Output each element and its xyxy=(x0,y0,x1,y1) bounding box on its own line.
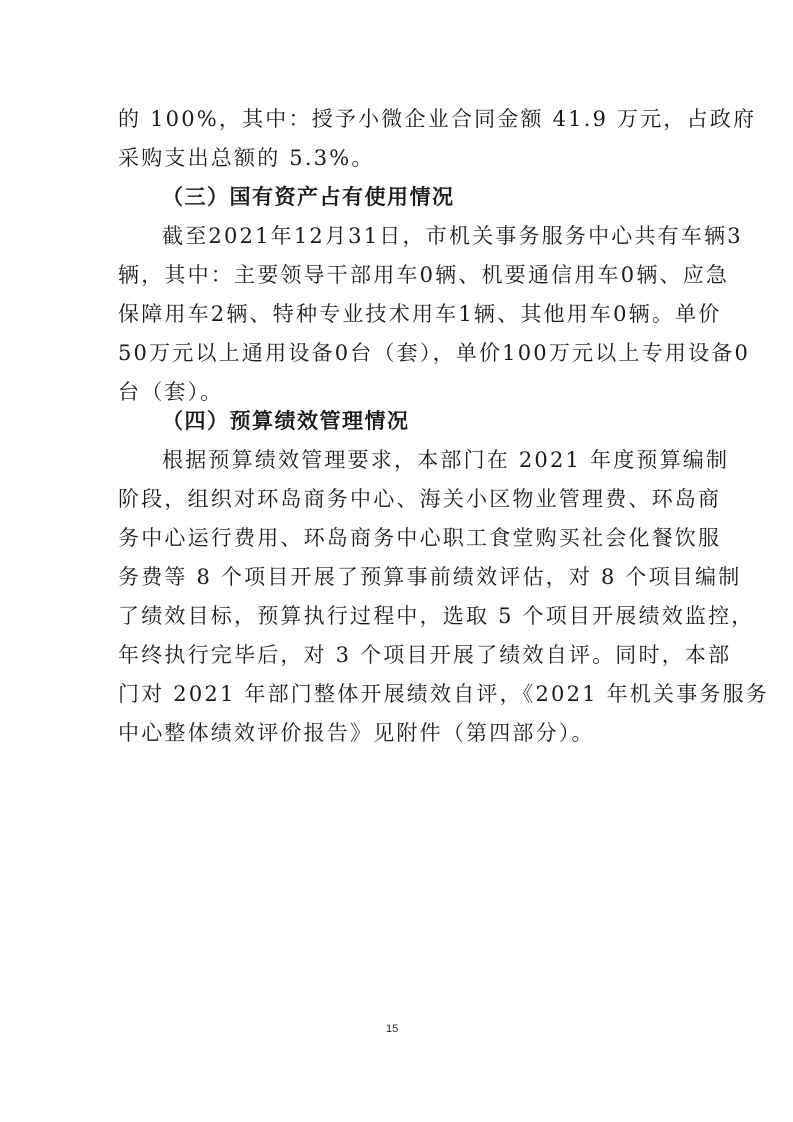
paragraph-line: 台（套）。 xyxy=(118,377,678,407)
paragraph-line: 务中心运行费用、环岛商务中心职工食堂购买社会化餐饮服 xyxy=(118,523,678,553)
paragraph-line: 中心整体绩效评价报告》见附件（第四部分）。 xyxy=(118,718,678,748)
paragraph-line: 阶段，组织对环岛商务中心、海关小区物业管理费、环岛商 xyxy=(118,484,678,514)
paragraph-line: 50万元以上通用设备0台（套），单价100万元以上专用设备0 xyxy=(118,338,678,368)
paragraph-line: 年终执行完毕后，对 3 个项目开展了绩效自评。同时，本部 xyxy=(118,640,678,670)
paragraph-line: 务费等 8 个项目开展了预算事前绩效评估，对 8 个项目编制 xyxy=(118,562,678,592)
paragraph-line: 采购支出总额的 5.3%。 xyxy=(118,143,678,173)
paragraph-line: 了绩效目标，预算执行过程中，选取 5 个项目开展绩效监控， xyxy=(118,601,678,631)
section-heading-performance: （四）预算绩效管理情况 xyxy=(162,406,410,436)
paragraph-line: 的 100%，其中：授予小微企业合同金额 41.9 万元，占政府 xyxy=(118,104,678,134)
section-heading-assets: （三）国有资产占有使用情况 xyxy=(162,182,455,212)
page-number: 15 xyxy=(386,1023,398,1035)
paragraph-line: 根据预算绩效管理要求，本部门在 2021 年度预算编制 xyxy=(162,445,678,475)
paragraph-line: 辆，其中：主要领导干部用车0辆、机要通信用车0辆、应急 xyxy=(118,260,678,290)
paragraph-line: 截至2021年12月31日，市机关事务服务中心共有车辆3 xyxy=(162,221,678,251)
paragraph-line: 门对 2021 年部门整体开展绩效自评，《2021 年机关事务服务 xyxy=(118,679,678,709)
document-page: 的 100%，其中：授予小微企业合同金额 41.9 万元，占政府 采购支出总额的… xyxy=(0,0,793,1122)
paragraph-line: 保障用车2辆、特种专业技术用车1辆、其他用车0辆。单价 xyxy=(118,299,678,329)
